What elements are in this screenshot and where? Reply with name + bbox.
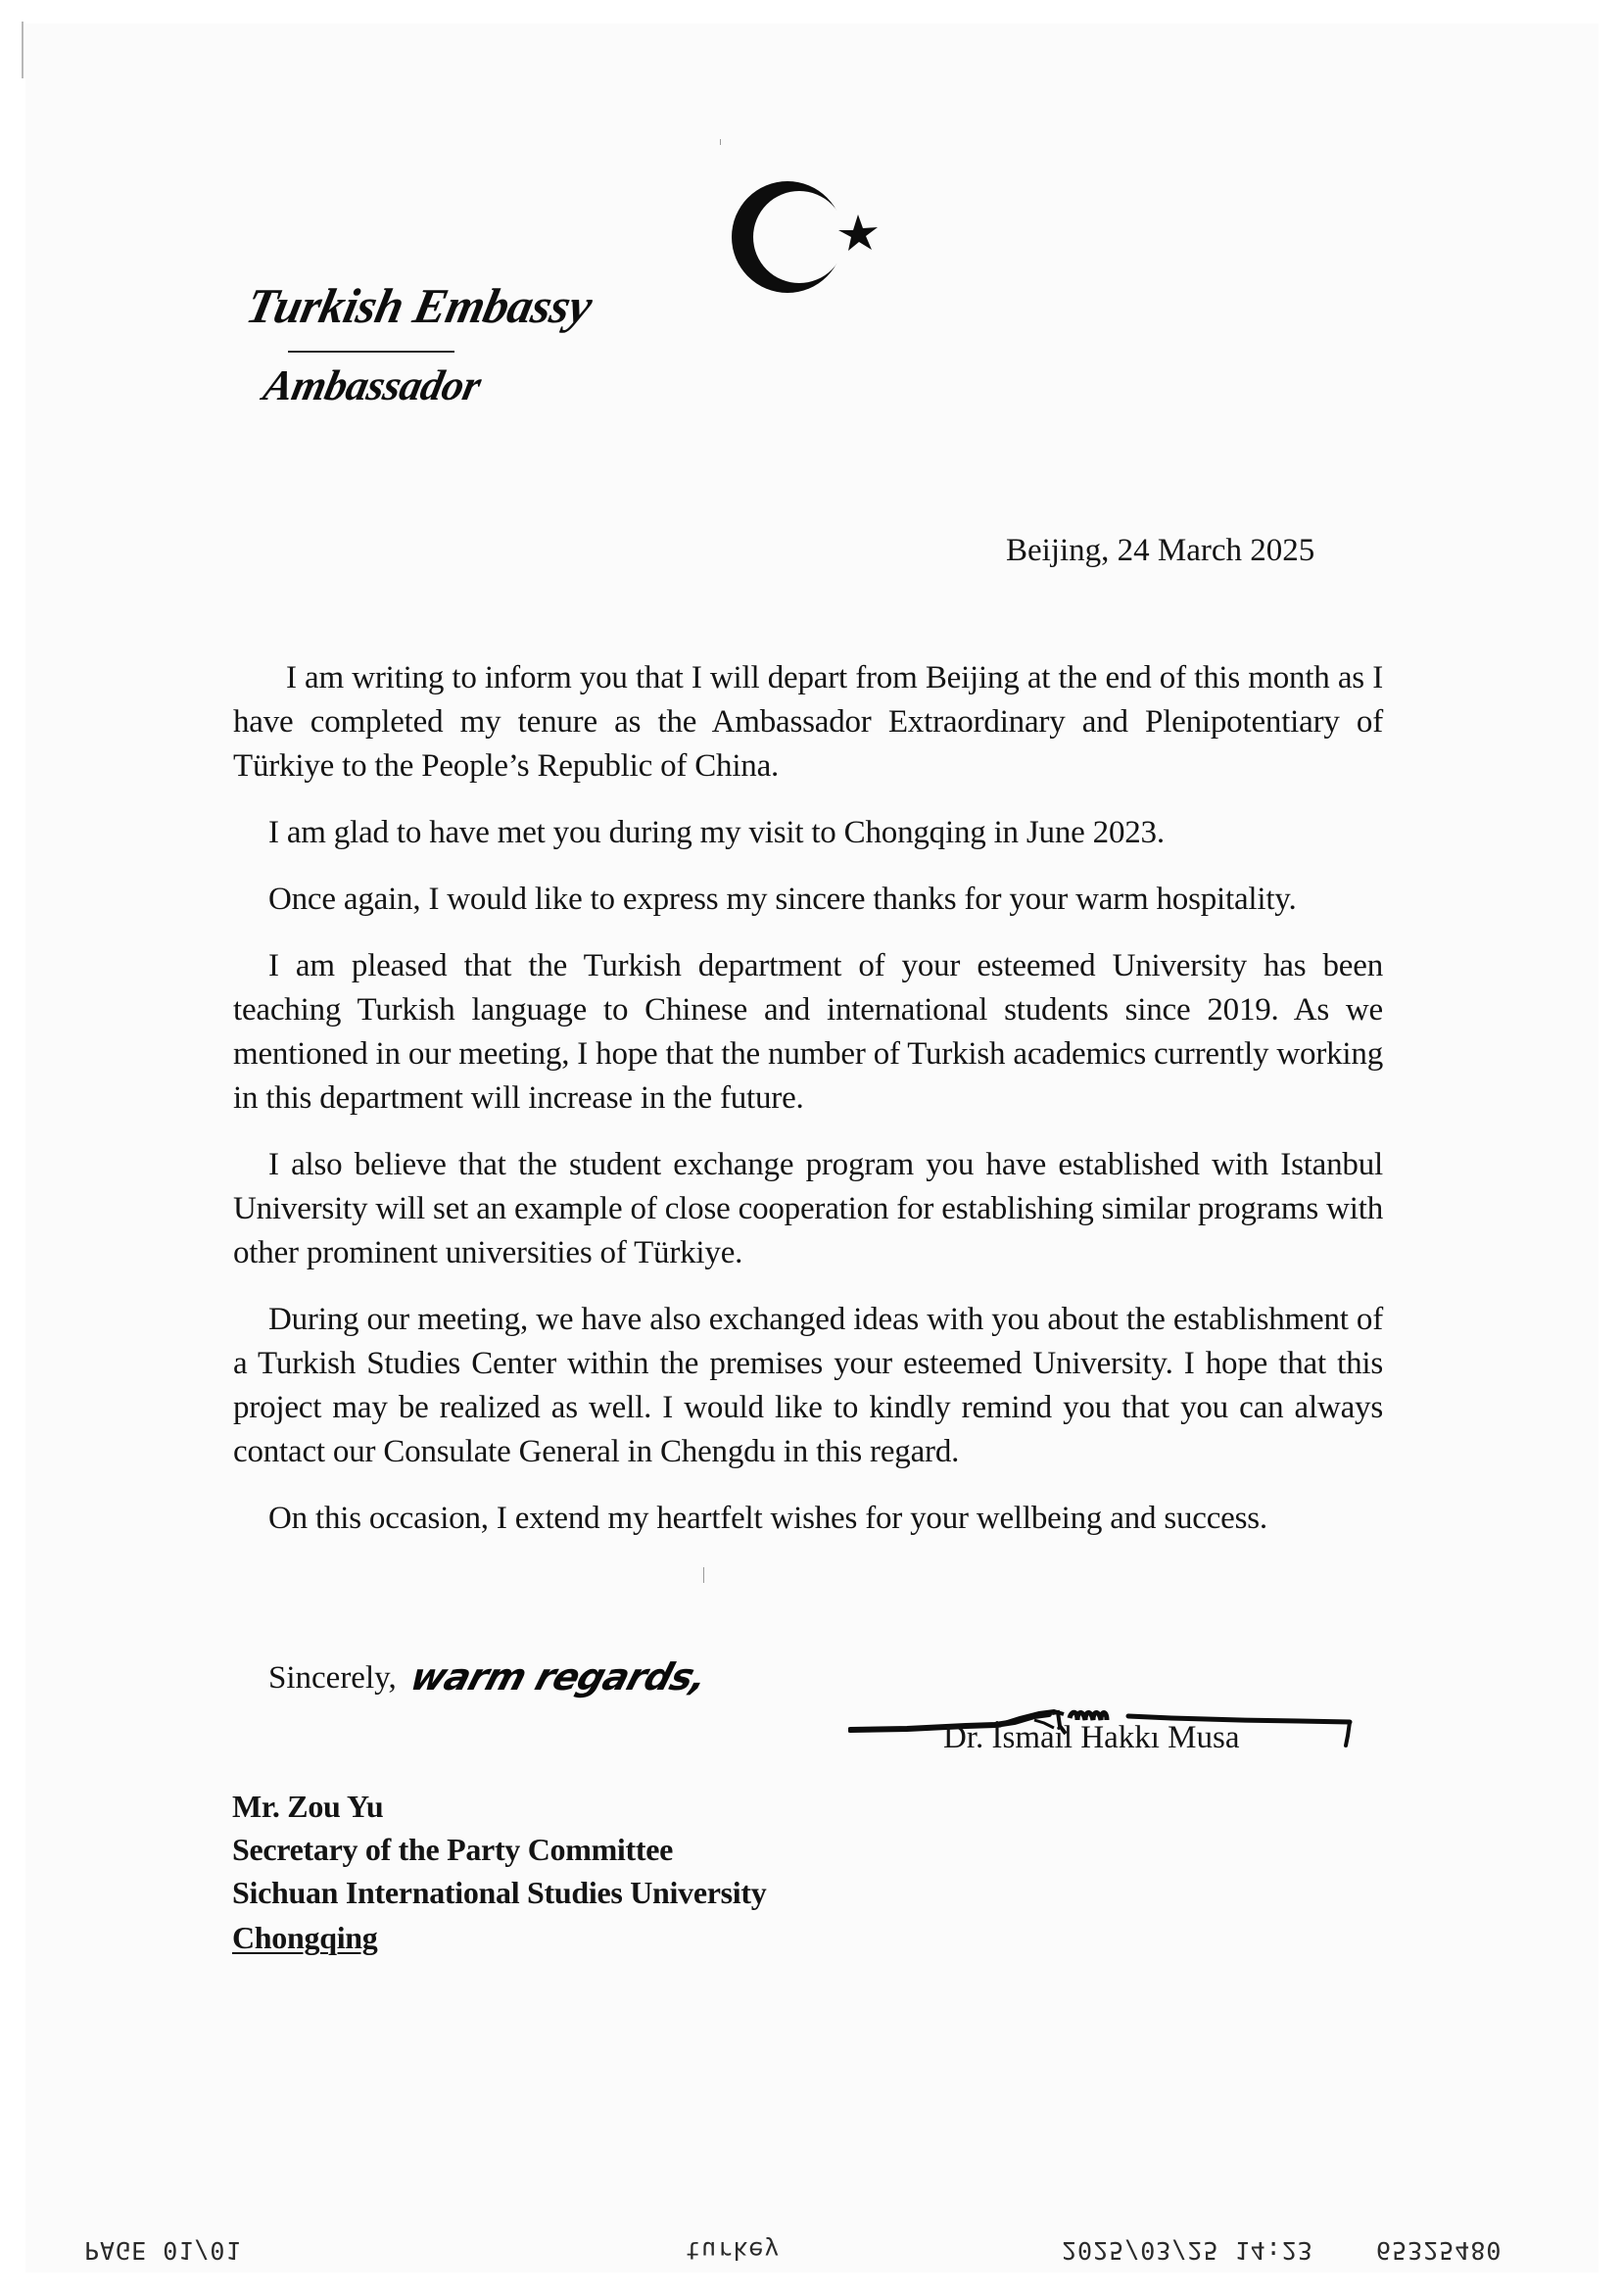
letterhead-organization: Turkish Embassy xyxy=(241,274,582,337)
signatory-name: Dr. İsmail Hakkı Musa xyxy=(943,1716,1239,1760)
body-paragraph: I am glad to have met you during my visi… xyxy=(233,811,1383,855)
valediction: Sincerely, xyxy=(268,1660,397,1696)
addressee-name: Mr. Zou Yu xyxy=(232,1785,766,1828)
fax-sender-id: turkey xyxy=(686,2236,780,2265)
addressee-position: Secretary of the Party Committee xyxy=(232,1828,766,1871)
fax-number: 65325480 xyxy=(1376,2236,1502,2265)
letter-body: I am writing to inform you that I will d… xyxy=(233,656,1383,1563)
addressee-city: Chongqing xyxy=(232,1916,766,1959)
closing: Sincerely, warm regards, xyxy=(268,1653,706,1700)
addressee-institution: Sichuan International Studies University xyxy=(232,1871,766,1914)
body-paragraph: On this occasion, I extend my heartfelt … xyxy=(233,1497,1383,1541)
handwritten-note: warm regards, xyxy=(405,1655,712,1699)
scan-edge-mark xyxy=(22,22,24,78)
addressee-block: Mr. Zou Yu Secretary of the Party Commit… xyxy=(232,1785,766,1959)
fax-page-count: PAGE 01/01 xyxy=(84,2236,242,2265)
scan-speck xyxy=(720,139,721,145)
body-paragraph: Once again, I would like to express my s… xyxy=(233,878,1383,922)
body-paragraph: I am writing to inform you that I will d… xyxy=(233,656,1383,789)
body-paragraph: I also believe that the student exchange… xyxy=(233,1143,1383,1275)
scan-speck xyxy=(703,1567,704,1583)
fax-timestamp-text: 2025/03/25 14:23 xyxy=(1062,2236,1313,2265)
letterhead: Turkish Embassy Ambassador xyxy=(235,274,568,413)
fax-transmission-header: 2025/03/25 14:23 65325480 turkey PAGE 01… xyxy=(0,2227,1622,2271)
date-line: Beijing, 24 March 2025 xyxy=(1006,529,1314,573)
letterhead-divider xyxy=(288,351,454,353)
fax-timestamp: 2025/03/25 14:23 65325480 xyxy=(1062,2236,1502,2265)
letterhead-title: Ambassador xyxy=(259,359,580,413)
body-paragraph: During our meeting, we have also exchang… xyxy=(233,1298,1383,1474)
body-paragraph: I am pleased that the Turkish department… xyxy=(233,944,1383,1121)
crescent-and-star-icon xyxy=(727,176,893,298)
